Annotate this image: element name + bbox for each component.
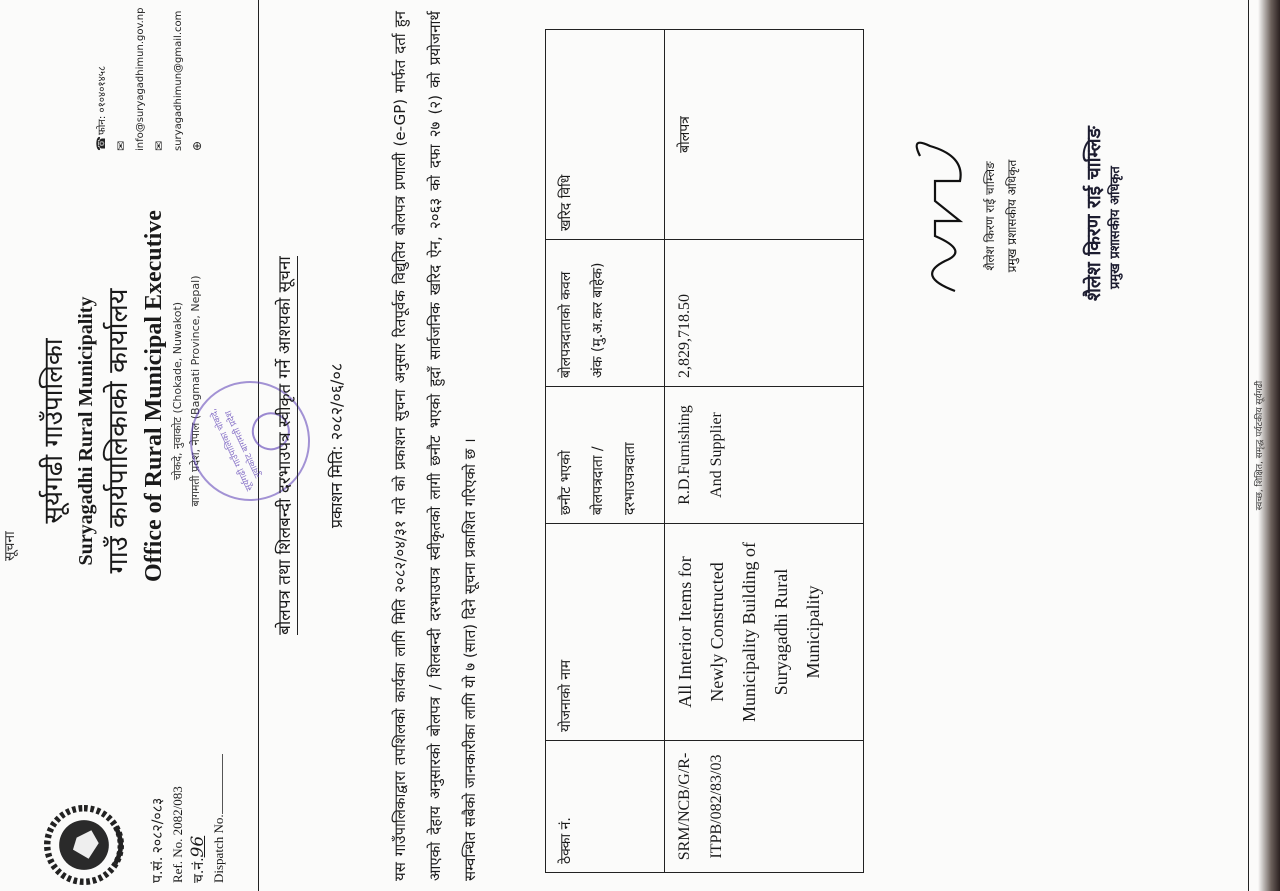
ref-label: Ref. No. — [170, 839, 185, 883]
dispatch-label: Dispatch No. — [211, 814, 226, 883]
col-bid-amount: बोलपत्रदाताको कवल अंक (मु.अ.कर बाहेक) — [546, 240, 665, 387]
address-line-2: बागमती प्रदेश, नेपाल (Bagmati Province, … — [187, 171, 205, 611]
cn-label: च.नं. — [191, 857, 207, 883]
signature-block: शैलेश किरण राई चाम्लिङ प्रमुख प्रशासकीय … — [905, 101, 1023, 331]
phone-number: फोन: ०१०४०१४५८ — [97, 66, 108, 135]
table-row: SRM/NCB/G/R-ITPB/082/83/03 All Interior … — [665, 30, 864, 873]
cn-value: 96 — [188, 836, 208, 858]
table-header-row: ठेक्का नं. योजनाको नाम छनौट भएको बोलपत्र… — [546, 30, 665, 873]
dispatch-blank — [222, 754, 223, 814]
col-bidder: छनौट भएको बोलपत्रदाता / दरभाउपत्रदाता — [546, 387, 665, 524]
ps-label: प.सं. — [150, 857, 166, 883]
tender-table: ठेक्का नं. योजनाको नाम छनौट भएको बोलपत्र… — [545, 29, 864, 873]
footer-divider — [1248, 0, 1249, 891]
municipality-name-en: Suryagadhi Rural Municipality — [73, 171, 99, 691]
ref-value: 2082/083 — [170, 786, 185, 835]
col-project-name: योजनाको नाम — [546, 524, 665, 741]
web-icon: ⊕ — [188, 139, 206, 151]
phone-icon: ☎ — [92, 139, 110, 151]
stamp-signatory-name: शैलेश किरण राई चाम्लिङ — [1082, 0, 1106, 301]
notice-body: यस गाउँपालिकाद्वारा तपशिलको कार्यका लागि… — [383, 11, 488, 881]
stamp-signatory-title: प्रमुख प्रशासकीय अधिकृत — [1106, 0, 1126, 301]
signatory-name: शैलेश किरण राई चाम्लिङ — [979, 101, 1001, 331]
cell-bid-amount: 2,829,718.50 — [665, 240, 864, 387]
cell-procurement-method: बोलपत्र — [665, 30, 864, 240]
col-procurement-method: खरिद विधि — [546, 30, 665, 240]
signatory-stamp: शैलेश किरण राई चाम्लिङ प्रमुख प्रशासकीय … — [1082, 0, 1126, 301]
municipality-name-np: सूर्यगढी गाउँपालिका — [35, 171, 73, 691]
notice-title-text: बोलपत्र तथा शिलबन्दी दरभाउपत्र स्वीकृत ग… — [275, 256, 298, 635]
ps-value: २०८२/०८३ — [150, 798, 166, 854]
letterhead: सूर्यगढी गाउँपालिका Suryagadhi Rural Mun… — [35, 171, 205, 691]
nepal-emblem-icon — [38, 799, 130, 891]
pub-date-label: प्रकाशन मिति: — [327, 445, 346, 528]
email-icon: ✉ — [150, 139, 168, 151]
cell-project-name: All Interior Items for Newly Constructed… — [665, 524, 864, 741]
office-name-en: Office of Rural Municipal Executive — [139, 171, 169, 621]
cut-off-heading: सूचना — [0, 531, 19, 561]
pub-date-value: २०८२/०६/०८ — [327, 363, 346, 440]
col-contract-no: ठेक्का नं. — [546, 741, 665, 873]
email-2: suryagadhimun@gmail.com — [173, 11, 184, 151]
cell-contract-no: SRM/NCB/G/R-ITPB/082/83/03 — [665, 741, 864, 873]
publication-date: प्रकाशन मिति: २०८२/०६/०८ — [325, 0, 347, 891]
notice-title: बोलपत्र तथा शिलबन्दी दरभाउपत्र स्वीकृत ग… — [272, 0, 295, 891]
reference-block: प.सं. २०८२/०८३ Ref. No. 2082/083 च.नं.96… — [148, 754, 229, 883]
signature-icon — [905, 101, 975, 331]
signatory-title: प्रमुख प्रशासकीय अधिकृत — [1001, 101, 1023, 331]
scan-edge-shadow — [1258, 0, 1280, 891]
contact-block: ☎फोन: ०१०४०१४५८ ✉info@suryagadhimun.gov.… — [92, 0, 208, 151]
email-1: info@suryagadhimun.gov.np — [135, 8, 146, 151]
address-line-1: चोकदे, नुवाकोट (Chokade, Nuwakot) — [169, 171, 187, 611]
office-name-np: गाउँ कार्यपालिकाको कार्यालय — [99, 171, 139, 691]
cell-bidder: R.D.Furnishing And Supplier — [665, 387, 864, 524]
email-icon: ✉ — [112, 139, 130, 151]
document-page: सूचना प.सं. २०८२/०८३ Ref. No. 2082/083 च… — [0, 0, 1280, 891]
